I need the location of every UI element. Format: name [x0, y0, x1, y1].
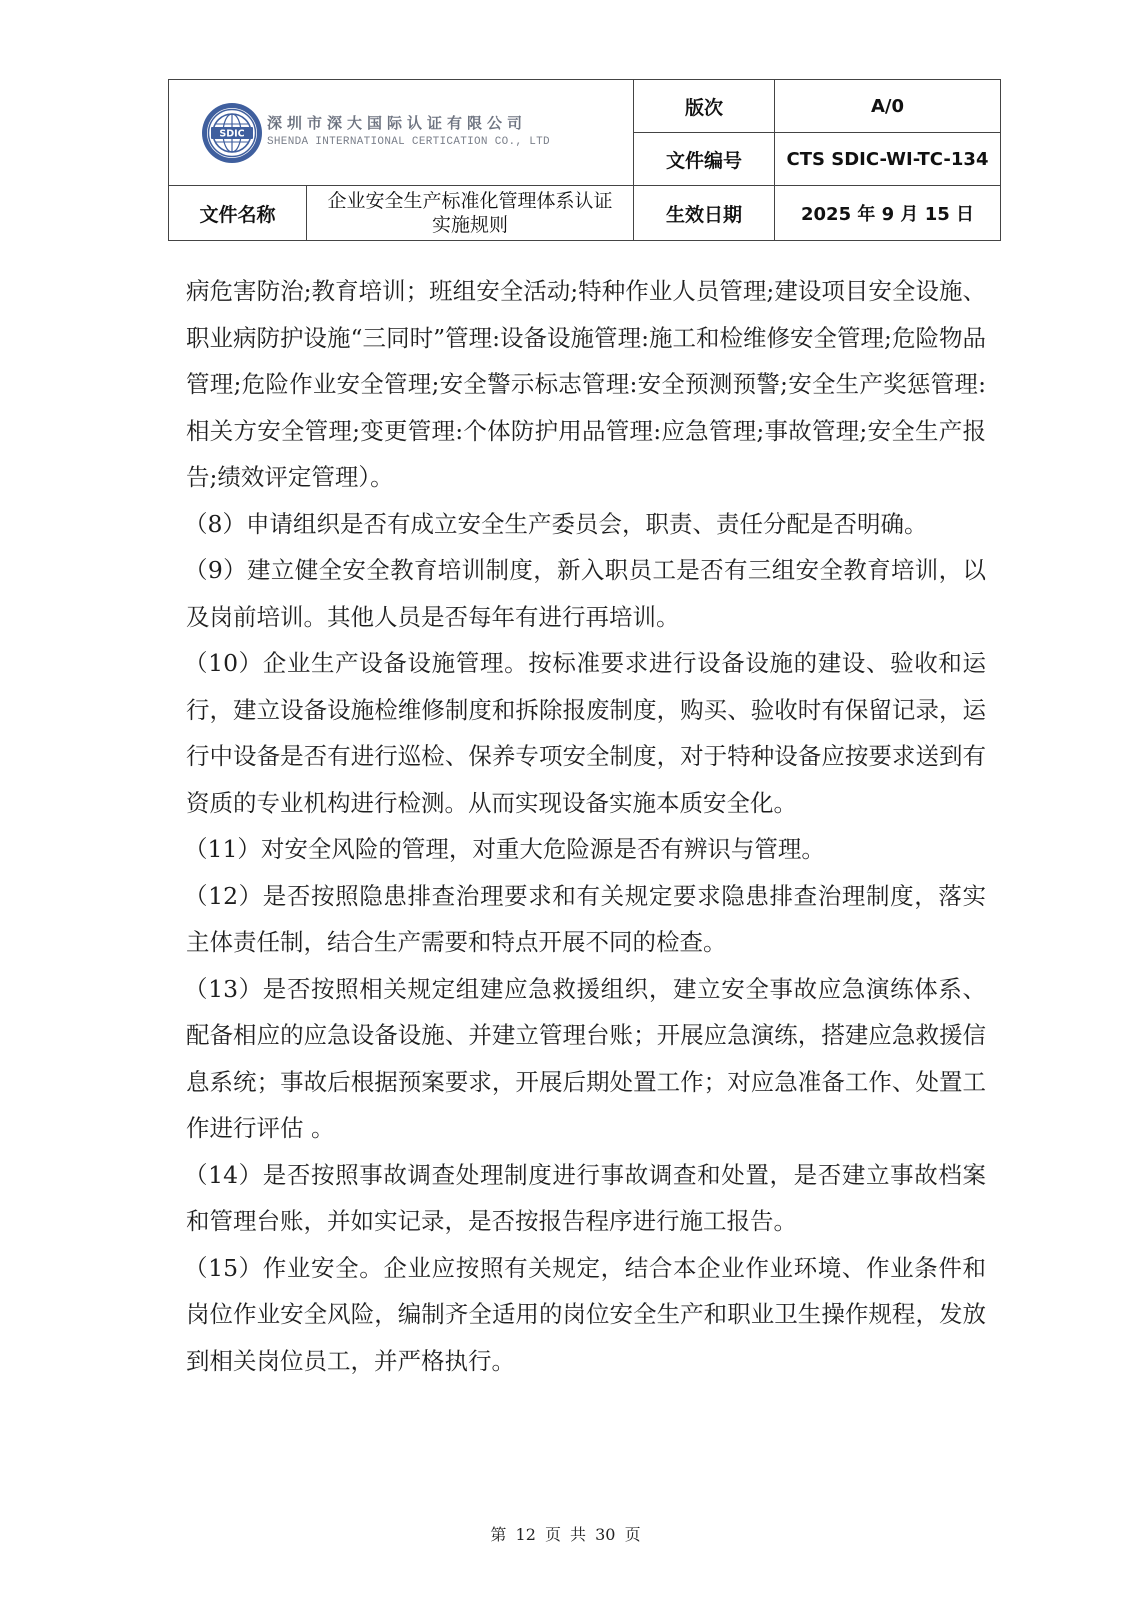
doc-number-value: CTS SDIC-WI-TC-134 [775, 133, 1001, 186]
company-seal-logo-icon: SDIC [201, 102, 263, 164]
paragraph-item-12: （12）是否按照隐患排查治理要求和有关规定要求隐患排查治理制度，落实主体责任制，… [186, 873, 986, 966]
paragraph-item-14: （14）是否按照事故调查处理制度进行事故调查和处置，是否建立事故档案和管理台账，… [186, 1152, 986, 1245]
document-header-table: SDIC 深圳市深大国际认证有限公司 SHENDA INTERNATIONAL … [168, 79, 1001, 241]
paragraph-item-13: （13）是否按照相关规定组建应急救援组织，建立安全事故应急演练体系、配备相应的应… [186, 966, 986, 1152]
paragraph-item-11: （11）对安全风险的管理，对重大危险源是否有辨识与管理。 [186, 826, 986, 873]
paragraph-item-8: （8）申请组织是否有成立安全生产委员会，职责、责任分配是否明确。 [186, 501, 986, 548]
version-label: 版次 [634, 80, 775, 133]
doc-number-label: 文件编号 [634, 133, 775, 186]
version-value: A/0 [775, 80, 1001, 133]
paragraph-item-15: （15）作业安全。企业应按照有关规定，结合本企业作业环境、作业条件和岗位作业安全… [186, 1245, 986, 1385]
paragraph-continuation: 病危害防治;教育培训；班组安全活动;特种作业人员管理;建设项目安全设施、职业病防… [186, 268, 986, 501]
paragraph-item-9: （9）建立健全安全教育培训制度，新入职员工是否有三组安全教育培训，以及岗前培训。… [186, 547, 986, 640]
company-name-cn: 深圳市深大国际认证有限公司 [267, 112, 550, 133]
doc-name-value: 企业安全生产标准化管理体系认证实施规则 [307, 186, 634, 241]
doc-name-label: 文件名称 [169, 186, 307, 241]
document-body: 病危害防治;教育培训；班组安全活动;特种作业人员管理;建设项目安全设施、职业病防… [186, 268, 986, 1384]
paragraph-item-10: （10）企业生产设备设施管理。按标准要求进行设备设施的建设、验收和运行，建立设备… [186, 640, 986, 826]
svg-text:SDIC: SDIC [219, 128, 244, 139]
page-number-footer: 第 12 页 共 30 页 [0, 1522, 1131, 1545]
company-name-en: SHENDA INTERNATIONAL CERTICATION CO., LT… [267, 136, 550, 148]
effective-date-label: 生效日期 [634, 186, 775, 241]
company-logo-cell: SDIC 深圳市深大国际认证有限公司 SHENDA INTERNATIONAL … [169, 80, 634, 186]
effective-date-value: 2025 年 9 月 15 日 [775, 186, 1001, 241]
